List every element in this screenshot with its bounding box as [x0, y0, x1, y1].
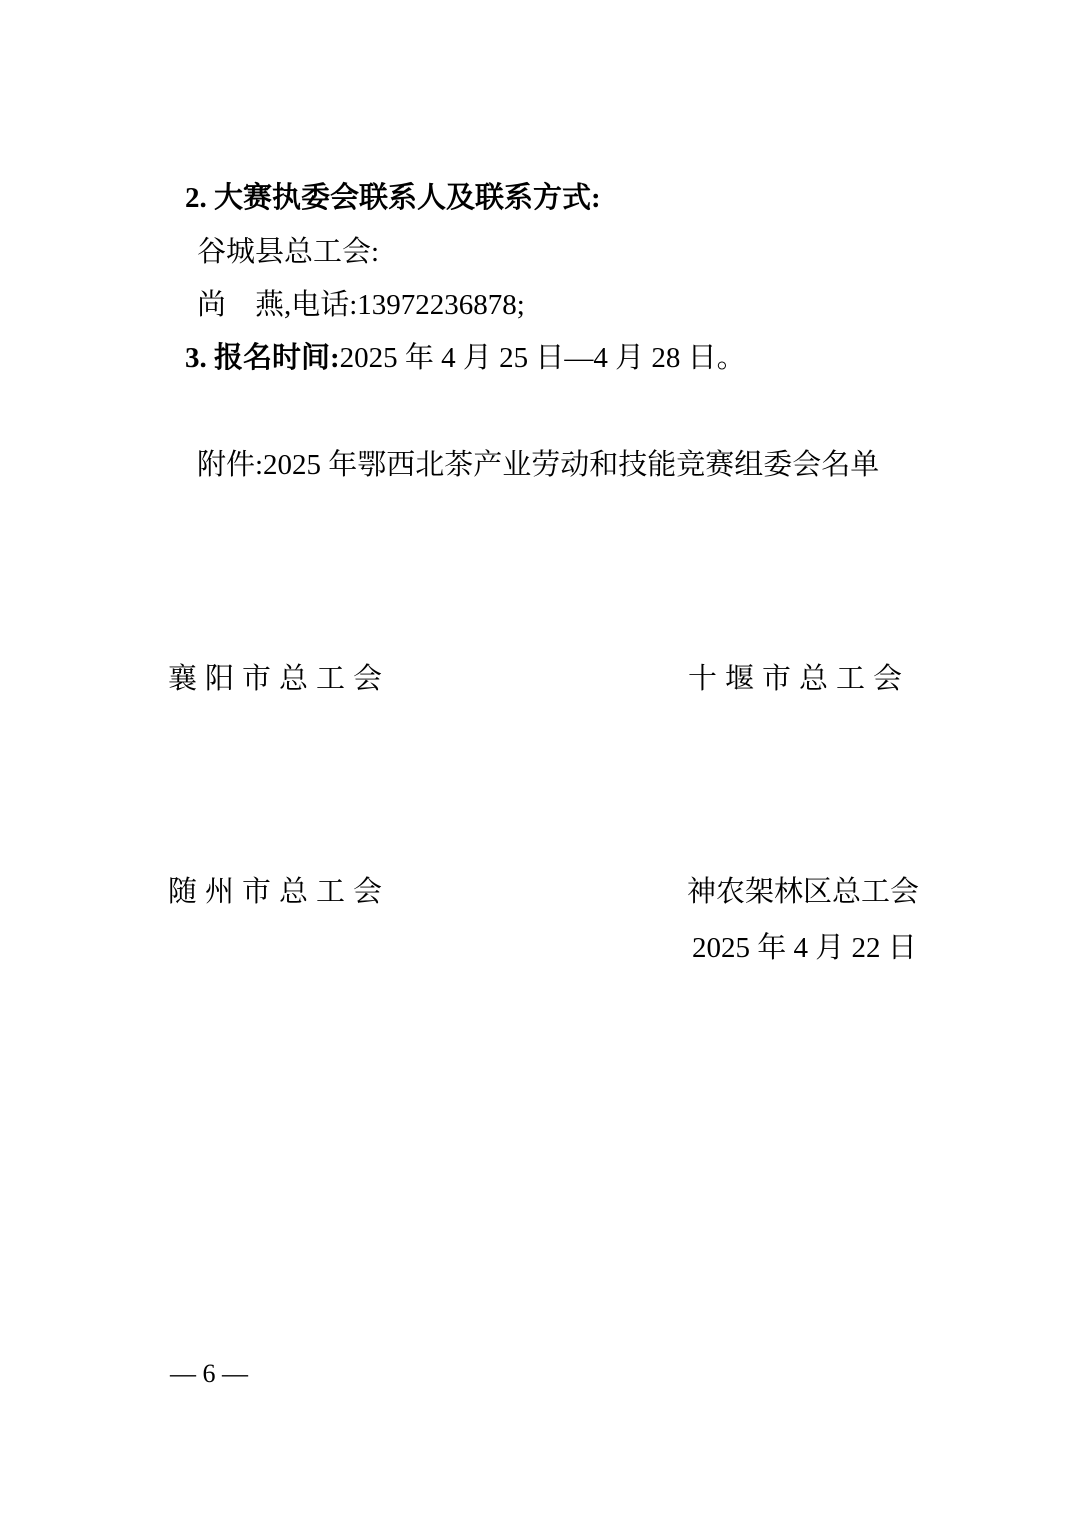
attachment-note: 附件:2025 年鄂西北茶产业劳动和技能竞赛组委会名单	[197, 449, 879, 481]
paragraph-gucheng-union: 谷城县总工会:	[197, 236, 379, 268]
registration-time-value: 2025 年 4 月 25 日—4 月 28 日。	[340, 342, 746, 374]
paragraph-contact-heading: 2. 大赛执委会联系人及联系方式:	[185, 182, 601, 214]
page-number: — 6 —	[170, 1360, 248, 1388]
document-page: 2. 大赛执委会联系人及联系方式: 谷城县总工会: 尚 燕,电话:1397223…	[0, 0, 1080, 1527]
paragraph-registration-time: 3. 报名时间:2025 年 4 月 25 日—4 月 28 日。	[185, 342, 746, 374]
document-date: 2025 年 4 月 22 日	[692, 932, 917, 964]
signature-shennongjia-union: 神农架林区总工会	[687, 876, 919, 908]
paragraph-contact-person: 尚 燕,电话:13972236878;	[197, 289, 525, 321]
signature-xiangyang-union: 襄阳市总工会	[168, 663, 390, 695]
signature-suizhou-union: 随州市总工会	[168, 876, 390, 908]
signature-shiyan-union: 十堰市总工会	[688, 663, 910, 695]
registration-time-label: 3. 报名时间:	[185, 342, 340, 374]
